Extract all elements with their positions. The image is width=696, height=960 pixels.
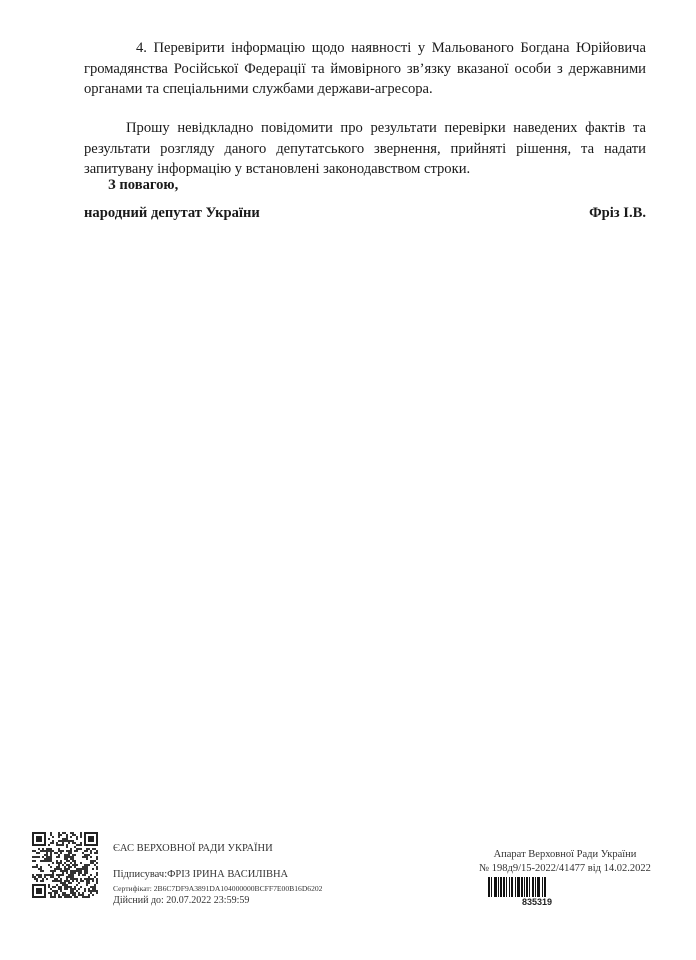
stamp-system: ЄАС ВЕРХОВНОЇ РАДИ УКРАЇНИ	[113, 843, 273, 854]
stamp-valid-until: Дійсний до: 20.07.2022 23:59:59	[113, 895, 249, 906]
paragraph-item-4: 4. Перевірити інформацію щодо наявності …	[84, 38, 646, 100]
barcode-number: 835319	[488, 897, 586, 907]
signer-title: народний депутат України	[84, 205, 260, 222]
request-paragraph: Прошу невідкладно повідомити про результ…	[84, 118, 646, 180]
signer-name: Фріз І.В.	[589, 205, 646, 222]
document-page: 4. Перевірити інформацію щодо наявності …	[0, 0, 696, 960]
barcode-icon	[488, 877, 586, 897]
stamp-certificate: Сертифікат: 2B6C7DF9A3891DA104000000BCFF…	[113, 884, 322, 893]
qr-code-icon	[32, 832, 98, 898]
closing: З повагою,	[108, 177, 178, 194]
registration-org: Апарат Верховної Ради України	[470, 849, 660, 860]
registration-number: № 198д9/15-2022/41477 від 14.02.2022	[470, 863, 660, 874]
stamp-signer: Підписувач:ФРІЗ ІРИНА ВАСИЛІВНА	[113, 869, 288, 880]
